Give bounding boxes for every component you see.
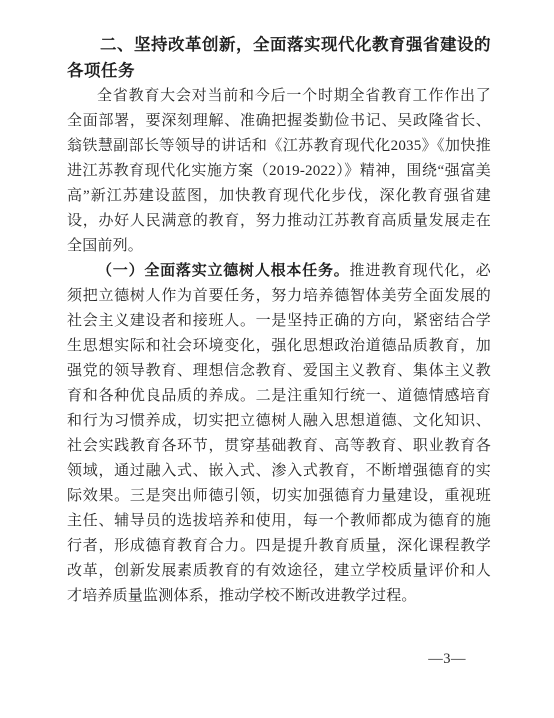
paragraph-item-one-text: 推进教育现代化，必须把立德树人作为首要任务，努力培养德智体美劳全面发展的社会主义… xyxy=(67,263,491,604)
section-heading: 二、坚持改革创新，全面落实现代化教育强省建设的各项任务 xyxy=(67,32,491,84)
paragraph-intro: 全省教育大会对当前和今后一个时期全省教育工作作出了全面部署，要深刻理解、准确把握… xyxy=(67,84,491,259)
paragraph-item-one-lead: （一）全面落实立德树人根本任务。 xyxy=(97,263,350,279)
paragraph-intro-text: 全省教育大会对当前和今后一个时期全省教育工作作出了全面部署，要深刻理解、准确把握… xyxy=(67,88,491,254)
document-content: 二、坚持改革创新，全面落实现代化教育强省建设的各项任务 全省教育大会对当前和今后… xyxy=(67,32,491,609)
document-page: 二、坚持改革创新，全面落实现代化教育强省建设的各项任务 全省教育大会对当前和今后… xyxy=(0,0,554,718)
page-number: —3— xyxy=(428,651,466,668)
paragraph-item-one: （一）全面落实立德树人根本任务。推进教育现代化，必须把立德树人作为首要任务，努力… xyxy=(67,259,491,609)
